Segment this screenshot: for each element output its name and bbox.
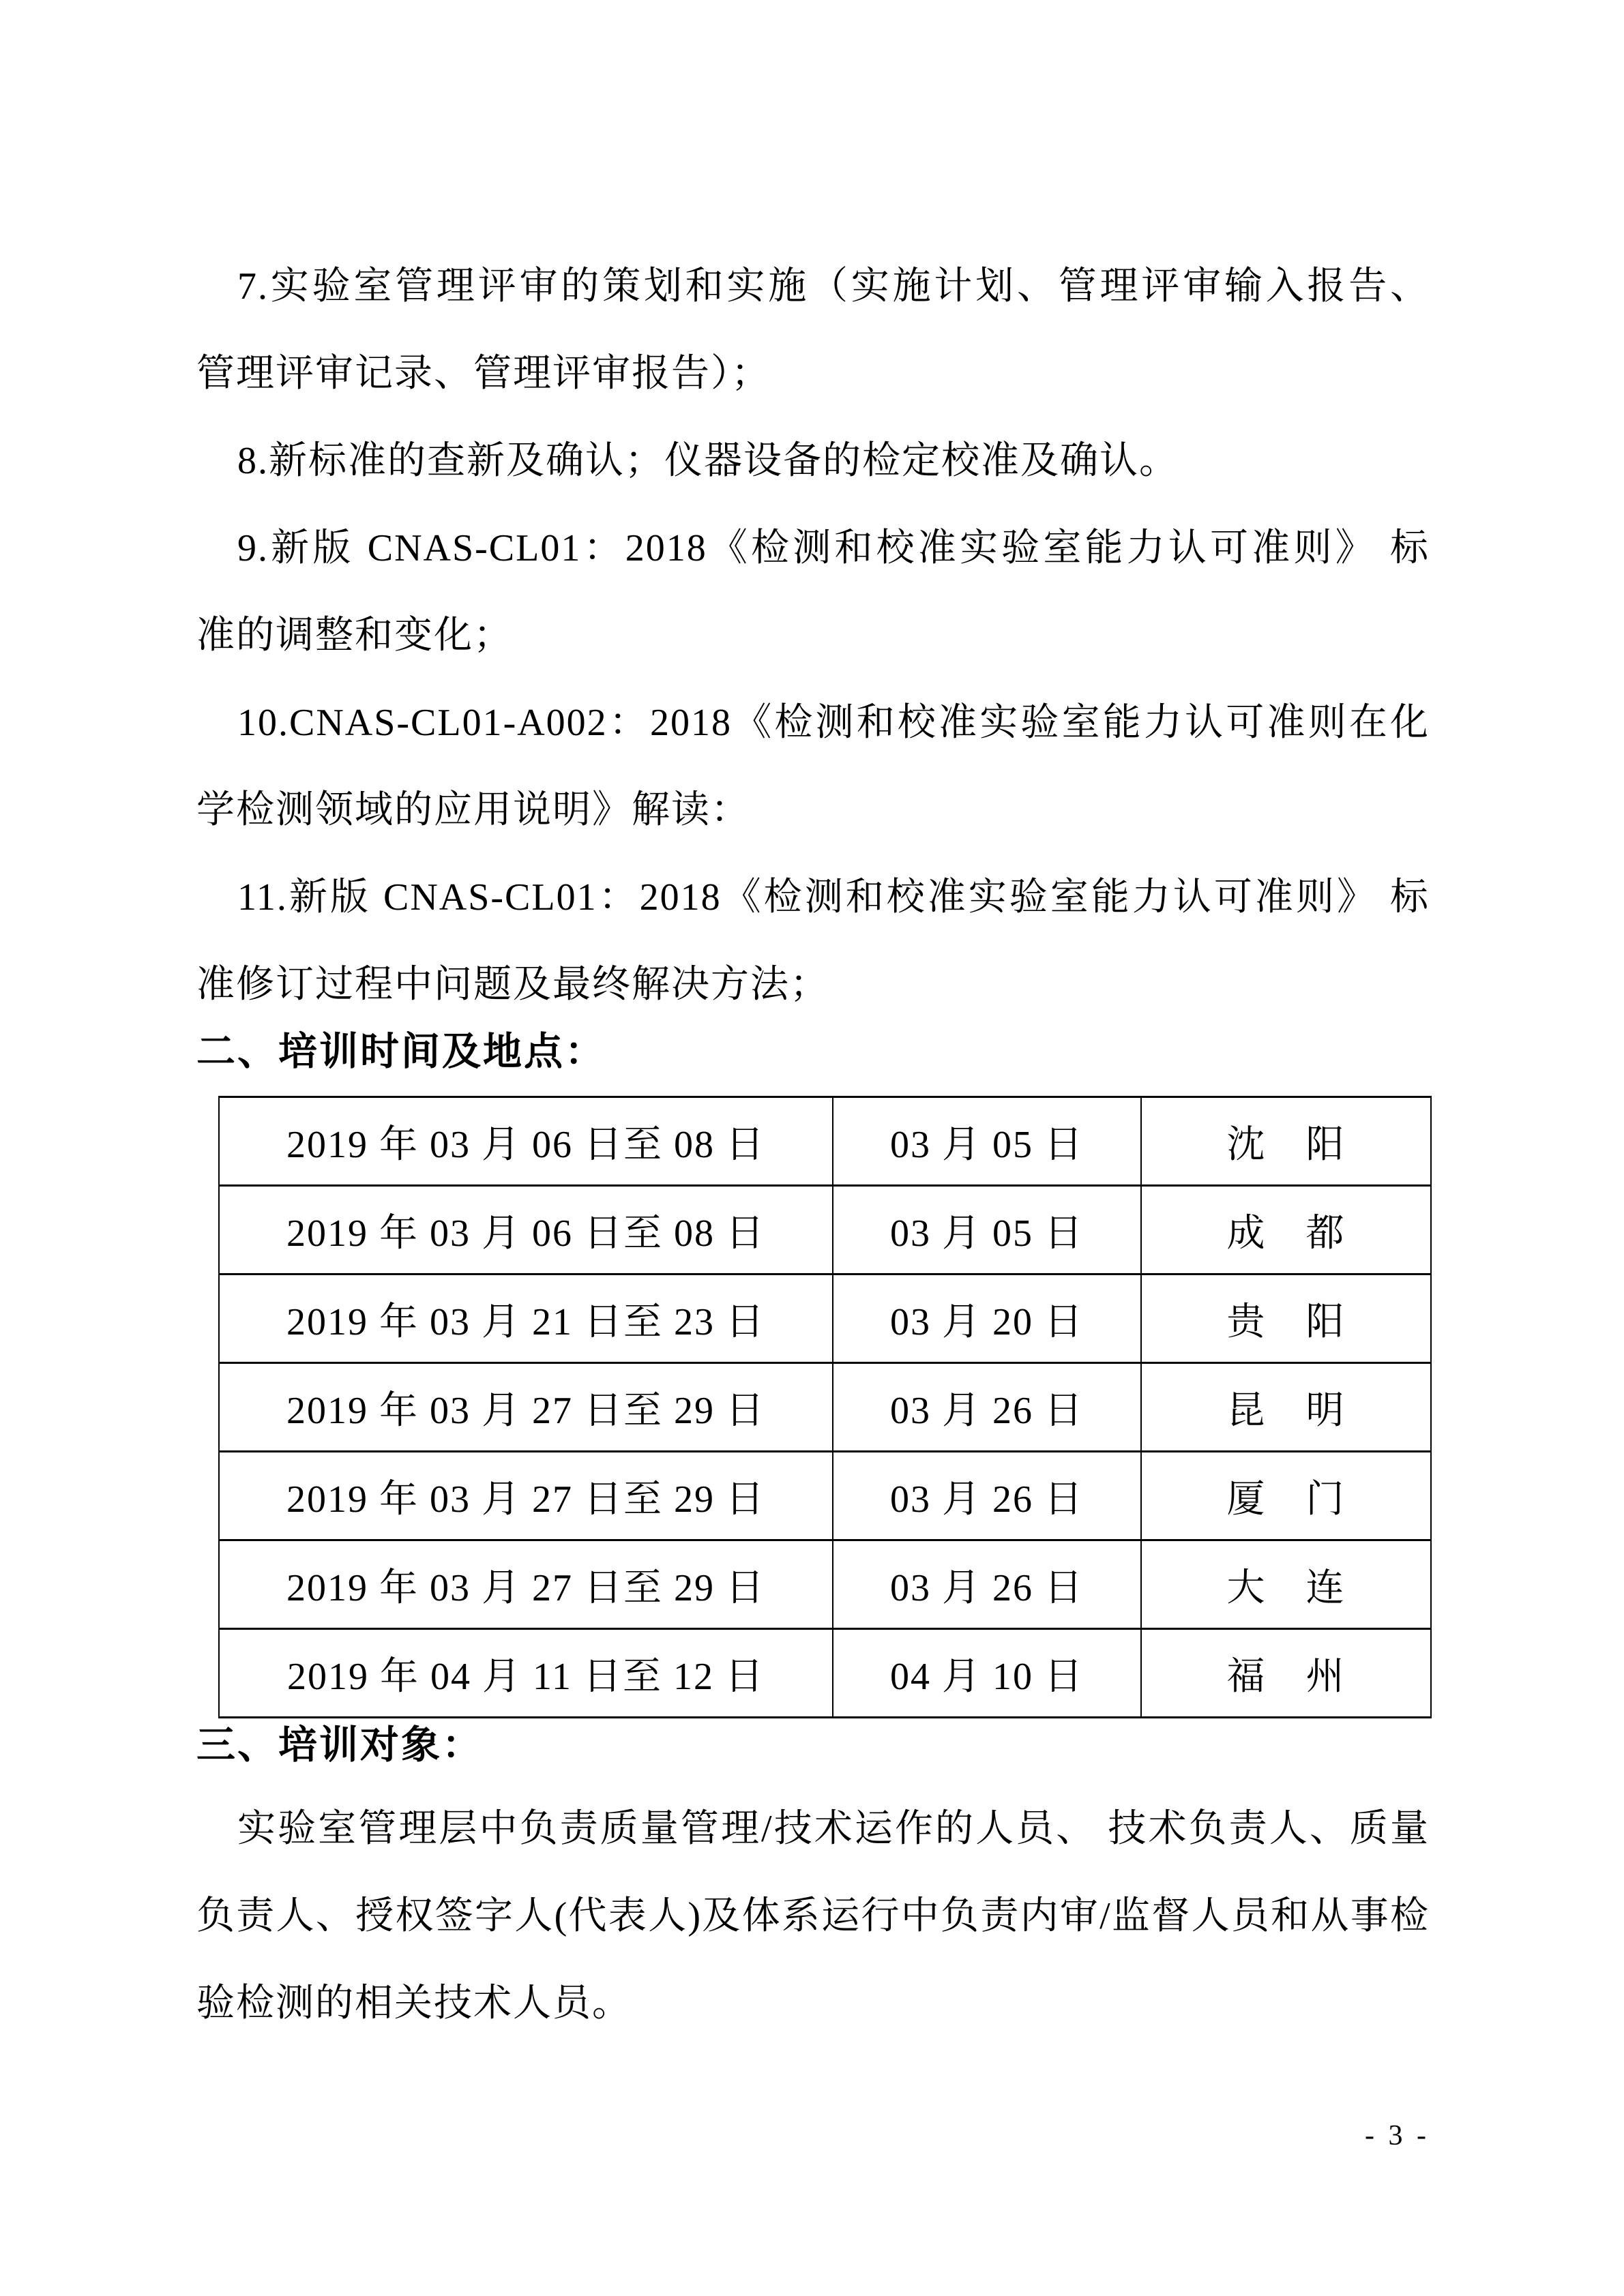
date-range-cell: 2019 年 03 月 27 日至 29 日: [219, 1452, 833, 1540]
report-date-cell: 04 月 10 日: [833, 1629, 1141, 1718]
date-range-cell: 2019 年 03 月 06 日至 08 日: [219, 1186, 833, 1274]
table-row: 2019 年 03 月 27 日至 29 日 03 月 26 日 大 连: [219, 1540, 1431, 1629]
report-date-cell: 03 月 26 日: [833, 1540, 1141, 1629]
list-item-10-line-1: 10.CNAS-CL01-A002：2018《检测和校准实验室能力认可准则在化: [196, 679, 1430, 766]
city-cell: 贵 阳: [1141, 1274, 1431, 1363]
date-range-cell: 2019 年 03 月 27 日至 29 日: [219, 1540, 833, 1629]
date-range-cell: 2019 年 03 月 06 日至 08 日: [219, 1097, 833, 1186]
table-row: 2019 年 03 月 27 日至 29 日 03 月 26 日 厦 门: [219, 1452, 1431, 1540]
audience-line-1: 实验室管理层中负责质量管理/技术运作的人员、 技术负责人、质量: [196, 1785, 1430, 1873]
document-page: 7.实验室管理评审的策划和实施（实施计划、管理评审输入报告、 管理评审记录、管理…: [0, 0, 1624, 2296]
list-item-11-line-1: 11.新版 CNAS-CL01：2018《检测和校准实验室能力认可准则》 标: [196, 854, 1430, 941]
numbered-list-block: 7.实验室管理评审的策划和实施（实施计划、管理评审输入报告、 管理评审记录、管理…: [196, 243, 1430, 1028]
table-row: 2019 年 03 月 27 日至 29 日 03 月 26 日 昆 明: [219, 1363, 1431, 1452]
report-date-cell: 03 月 05 日: [833, 1097, 1141, 1186]
list-item-8-line-1: 8.新标准的查新及确认；仪器设备的检定校准及确认。: [196, 417, 1430, 505]
city-cell: 沈 阳: [1141, 1097, 1431, 1186]
schedule-table: 2019 年 03 月 06 日至 08 日 03 月 05 日 沈 阳 201…: [218, 1096, 1432, 1718]
audience-line-2: 负责人、授权签字人(代表人)及体系运行中负责内审/监督人员和从事检: [196, 1873, 1430, 1960]
section-heading-training-schedule: 二、培训时间及地点：: [196, 1015, 1430, 1090]
report-date-cell: 03 月 26 日: [833, 1452, 1141, 1540]
table-row: 2019 年 03 月 21 日至 23 日 03 月 20 日 贵 阳: [219, 1274, 1431, 1363]
report-date-cell: 03 月 20 日: [833, 1274, 1141, 1363]
city-cell: 昆 明: [1141, 1363, 1431, 1452]
list-item-9-line-2: 准的调整和变化；: [196, 592, 1430, 679]
city-cell: 大 连: [1141, 1540, 1431, 1629]
city-cell: 福 州: [1141, 1629, 1431, 1718]
city-cell: 厦 门: [1141, 1452, 1431, 1540]
date-range-cell: 2019 年 03 月 21 日至 23 日: [219, 1274, 833, 1363]
list-item-10-line-2: 学检测领域的应用说明》解读：: [196, 766, 1430, 854]
table-row: 2019 年 03 月 06 日至 08 日 03 月 05 日 成 都: [219, 1186, 1431, 1274]
audience-paragraph: 实验室管理层中负责质量管理/技术运作的人员、 技术负责人、质量 负责人、授权签字…: [196, 1785, 1430, 2047]
report-date-cell: 03 月 26 日: [833, 1363, 1141, 1452]
date-range-cell: 2019 年 04 月 11 日至 12 日: [219, 1629, 833, 1718]
city-cell: 成 都: [1141, 1186, 1431, 1274]
date-range-cell: 2019 年 03 月 27 日至 29 日: [219, 1363, 833, 1452]
list-item-9-line-1: 9.新版 CNAS-CL01：2018《检测和校准实验室能力认可准则》 标: [196, 505, 1430, 592]
section-heading-audience: 三、培训对象：: [196, 1708, 1430, 1783]
table-row: 2019 年 03 月 06 日至 08 日 03 月 05 日 沈 阳: [219, 1097, 1431, 1186]
list-item-7-line-2: 管理评审记录、管理评审报告）；: [196, 330, 1430, 417]
report-date-cell: 03 月 05 日: [833, 1186, 1141, 1274]
page-number: - 3 -: [196, 2115, 1430, 2156]
audience-line-3: 验检测的相关技术人员。: [196, 1960, 1430, 2047]
list-item-7-line-1: 7.实验室管理评审的策划和实施（实施计划、管理评审输入报告、: [196, 243, 1430, 330]
table-row: 2019 年 04 月 11 日至 12 日 04 月 10 日 福 州: [219, 1629, 1431, 1718]
